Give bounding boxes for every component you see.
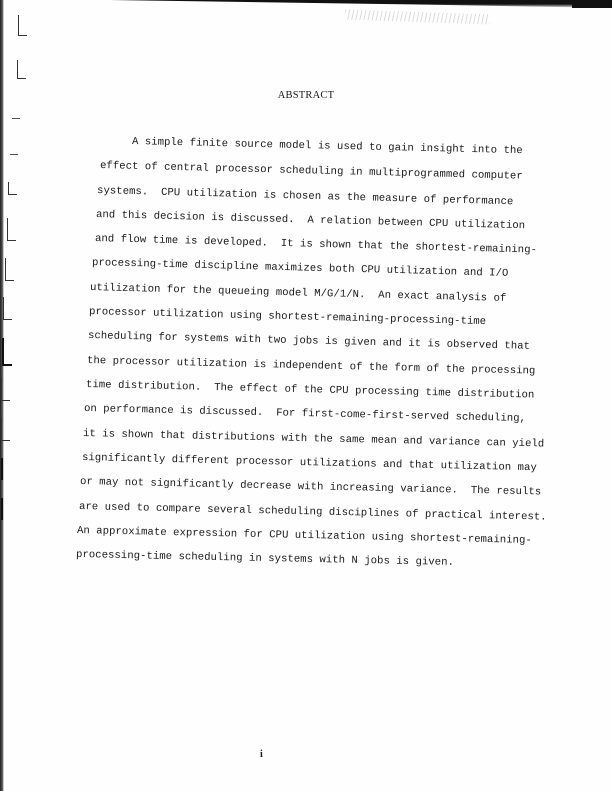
binder-mark: [1, 418, 10, 441]
scan-edge-top: [110, 0, 612, 8]
binder-mark: [17, 60, 26, 79]
binder-mark: [10, 154, 18, 155]
abstract-line: effect of central processor scheduling i…: [100, 160, 523, 183]
abstract-line: scheduling for systems with two jobs is …: [88, 330, 530, 353]
abstract-line: processing-time discipline maximizes bot…: [92, 257, 509, 280]
binder-mark: [5, 258, 14, 281]
scan-smudge: [345, 9, 490, 24]
abstract-line: An approximate expression for CPU utiliz…: [77, 525, 532, 547]
page-number: i: [260, 749, 263, 760]
binder-mark: [3, 297, 12, 320]
binder-mark: [12, 118, 20, 119]
binder-mark: [8, 182, 17, 195]
binder-mark: [2, 338, 12, 366]
abstract-line: and flow time is developed. It is shown …: [95, 233, 537, 257]
abstract-line: or may not significantly decrease with i…: [80, 476, 541, 498]
abstract-heading: ABSTRACT: [0, 90, 612, 101]
abstract-line: are used to compare several scheduling d…: [79, 501, 547, 524]
abstract-line: A simple finite source model is used to …: [132, 136, 523, 157]
binder-mark: [1, 378, 10, 401]
abstract-line: systems. CPU utilization is chosen as th…: [97, 185, 514, 208]
binder-mark: [7, 218, 16, 241]
abstract-line: time distribution. The effect of the CPU…: [86, 379, 535, 402]
abstract-line: processing-time scheduling in systems wi…: [76, 549, 454, 569]
abstract-line: processor utilization using shortest-rem…: [89, 306, 486, 328]
scan-edge-top-right: [572, 0, 612, 8]
abstract-line: on performance is discussed. For first-c…: [84, 403, 526, 425]
binder-mark: [18, 15, 27, 36]
binder-mark: [1, 498, 11, 520]
abstract-line: and this decision is discussed. A relati…: [96, 209, 525, 232]
abstract-line: significantly different processor utiliz…: [82, 452, 537, 474]
abstract-line: the processor utilization is independent…: [87, 355, 536, 378]
abstract-line: it is shown that distributions with the …: [83, 428, 544, 450]
abstract-line: utilization for the queueing model M/G/1…: [90, 282, 507, 305]
scanned-page: ABSTRACT A simple finite source model is…: [0, 0, 612, 791]
binder-mark: [1, 458, 11, 480]
